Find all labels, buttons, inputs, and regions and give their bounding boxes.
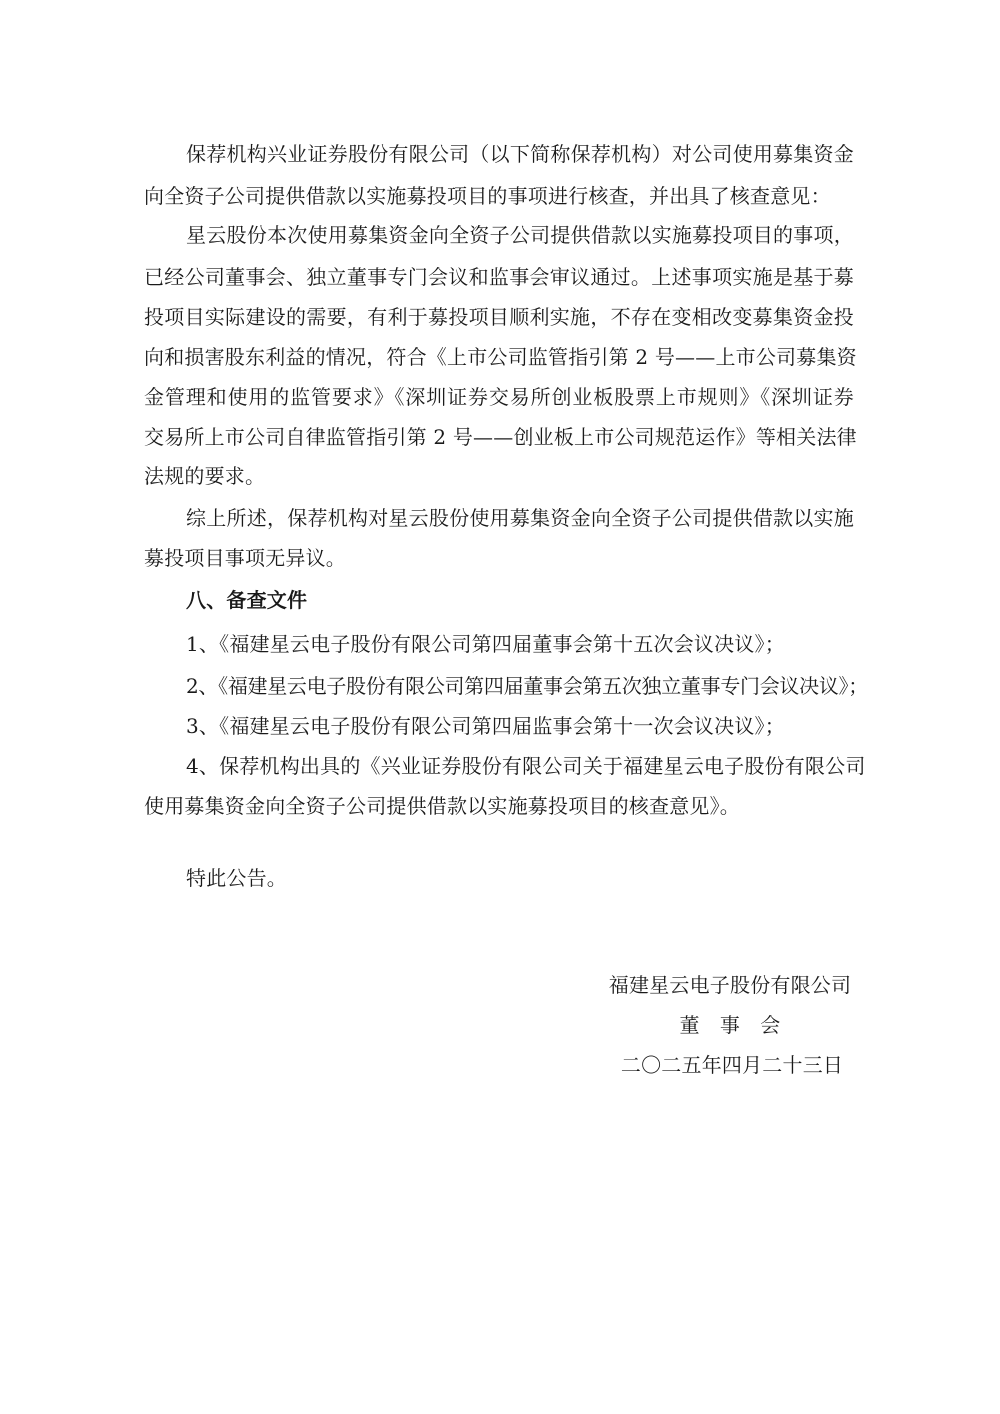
reference-item-2: 2、《福建星云电子股份有限公司第四届董事会第五次独立董事专门会议决议》； [186,674,868,698]
paragraph-1-line-2: 向全资子公司提供借款以实施募投项目的事项进行核查，并出具了核查意见： [144,184,831,208]
paragraph-2-line-3: 投项目实际建设的需要，有利于募投项目顺利实施，不存在变相改变募集资金投 [144,305,854,329]
paragraph-1-line-1: 保荐机构兴业证券股份有限公司（以下简称保荐机构）对公司使用募集资金 [186,142,854,166]
document-page: 保荐机构兴业证券股份有限公司（以下简称保荐机构）对公司使用募集资金 向全资子公司… [0,0,1000,1414]
section-heading: 八、备查文件 [186,588,307,612]
signature-company: 福建星云电子股份有限公司 [606,973,854,997]
paragraph-2-line-4: 向和损害股东利益的情况，符合《上市公司监管指引第 2 号——上市公司募集资 [144,345,854,369]
signature-board: 董 事 会 [640,1013,820,1037]
signature-date: 二〇二五年四月二十三日 [612,1053,852,1077]
paragraph-2-line-2: 已经公司董事会、独立董事专门会议和监事会审议通过。上述事项实施是基于募 [144,265,854,289]
paragraph-2-line-5: 金管理和使用的监管要求》《深圳证券交易所创业板股票上市规则》《深圳证券 [144,385,854,409]
paragraph-2-line-7: 法规的要求。 [144,464,265,488]
paragraph-3-line-2: 募投项目事项无异议。 [144,546,346,570]
reference-item-1: 1、《福建星云电子股份有限公司第四届董事会第十五次会议决议》； [186,632,785,656]
closing-statement: 特此公告。 [186,866,287,890]
paragraph-2-line-6: 交易所上市公司自律监管指引第 2 号——创业板上市公司规范运作》等相关法律 [144,425,854,449]
paragraph-3-line-1: 综上所述，保荐机构对星云股份使用募集资金向全资子公司提供借款以实施 [186,506,854,530]
reference-item-4-line-1: 4、保荐机构出具的《兴业证券股份有限公司关于福建星云电子股份有限公司 [186,754,854,778]
reference-item-4-line-2: 使用募集资金向全资子公司提供借款以实施募投项目的核查意见》。 [144,794,740,818]
paragraph-2-line-1: 星云股份本次使用募集资金向全资子公司提供借款以实施募投项目的事项， [186,223,854,247]
reference-item-3: 3、《福建星云电子股份有限公司第四届监事会第十一次会议决议》； [186,714,785,738]
